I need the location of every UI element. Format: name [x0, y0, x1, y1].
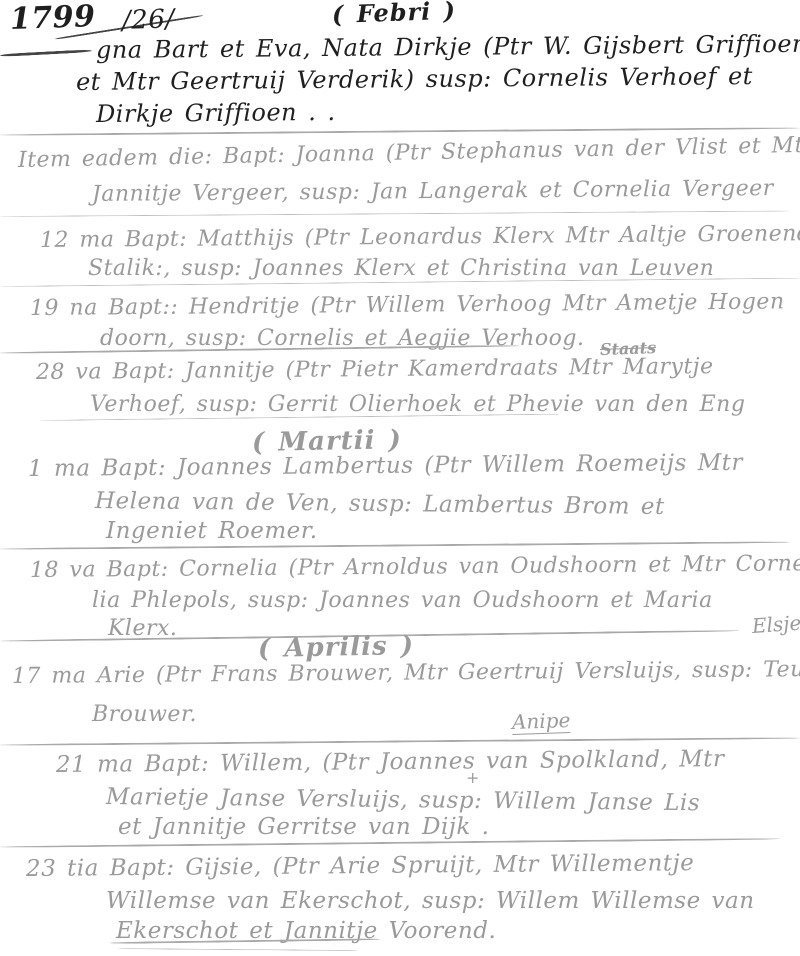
flourish-line — [0, 49, 92, 57]
entry-line: Item eadem die: Bapt: Joanna (Ptr Stepha… — [18, 133, 800, 173]
entry-line: Helena van de Ven, susp: Lambertus Brom … — [95, 488, 665, 520]
entry-line: 19 na Bapt:: Hendritje (Ptr Willem Verho… — [30, 289, 785, 321]
separator-stroke — [0, 210, 790, 217]
insertion-annotation: Anipe — [512, 708, 571, 735]
entry-line: Ingeniet Roemer. — [106, 518, 318, 544]
entry-line: 17 ma Arie (Ptr Frans Brouwer, Mtr Geert… — [12, 657, 800, 689]
entry-line: Stalik:, susp: Joannes Klerx et Christin… — [88, 256, 714, 281]
entry-line: Marietje Janse Versluijs, susp: Willem J… — [106, 784, 700, 816]
entry-line: et Mtr Geertruij Verderik) susp: Corneli… — [76, 62, 753, 96]
entry-line: 21 ma Bapt: Willem, (Ptr Joannes van Spo… — [56, 746, 725, 778]
month-header-aprilis: ( Aprilis ) — [258, 631, 415, 664]
entry-line: et Jannitje Gerritse van Dijk . — [118, 814, 490, 840]
entry-line: Verhoef, susp: Gerrit Olierhoek et Phevi… — [90, 392, 745, 417]
register-page: 1799 /26/ ( Febri ) gna Bart et Eva, Nat… — [0, 0, 800, 956]
entry-line: lia Phlepols, susp: Joannes van Oudshoor… — [92, 588, 713, 613]
entry-line: Willemse van Ekerschot, susp: Willem Wil… — [106, 888, 755, 914]
separator-stroke — [0, 737, 800, 746]
month-header-febri: ( Febri ) — [331, 0, 456, 29]
entry-line: 12 ma Bapt: Matthijs (Ptr Leonardus Kler… — [40, 221, 800, 253]
page-number: /26/ — [121, 4, 175, 36]
entry-line: Dirkje Griffioen . . — [96, 98, 336, 128]
year-label: 1799 — [9, 0, 96, 37]
entry-line: 23 tia Bapt: Gijsie, (Ptr Arie Spruijt, … — [26, 850, 695, 882]
margin-annotation: Elsje — [751, 611, 800, 638]
entry-line: 18 va Bapt: Cornelia (Ptr Arnoldus van O… — [30, 551, 800, 583]
entry-line: Brouwer. — [92, 702, 197, 727]
entry-line: 28 va Bapt: Jannitje (Ptr Pietr Kamerdra… — [36, 354, 714, 385]
entry-line: gna Bart et Eva, Nata Dirkje (Ptr W. Gij… — [96, 29, 800, 64]
entry-line: 1 ma Bapt: Joannes Lambertus (Ptr Willem… — [28, 450, 743, 482]
closing-stroke — [118, 948, 358, 951]
entry-line: Jannitje Vergeer, susp: Jan Langerak et … — [92, 176, 774, 207]
insert-mark: + — [466, 768, 479, 787]
